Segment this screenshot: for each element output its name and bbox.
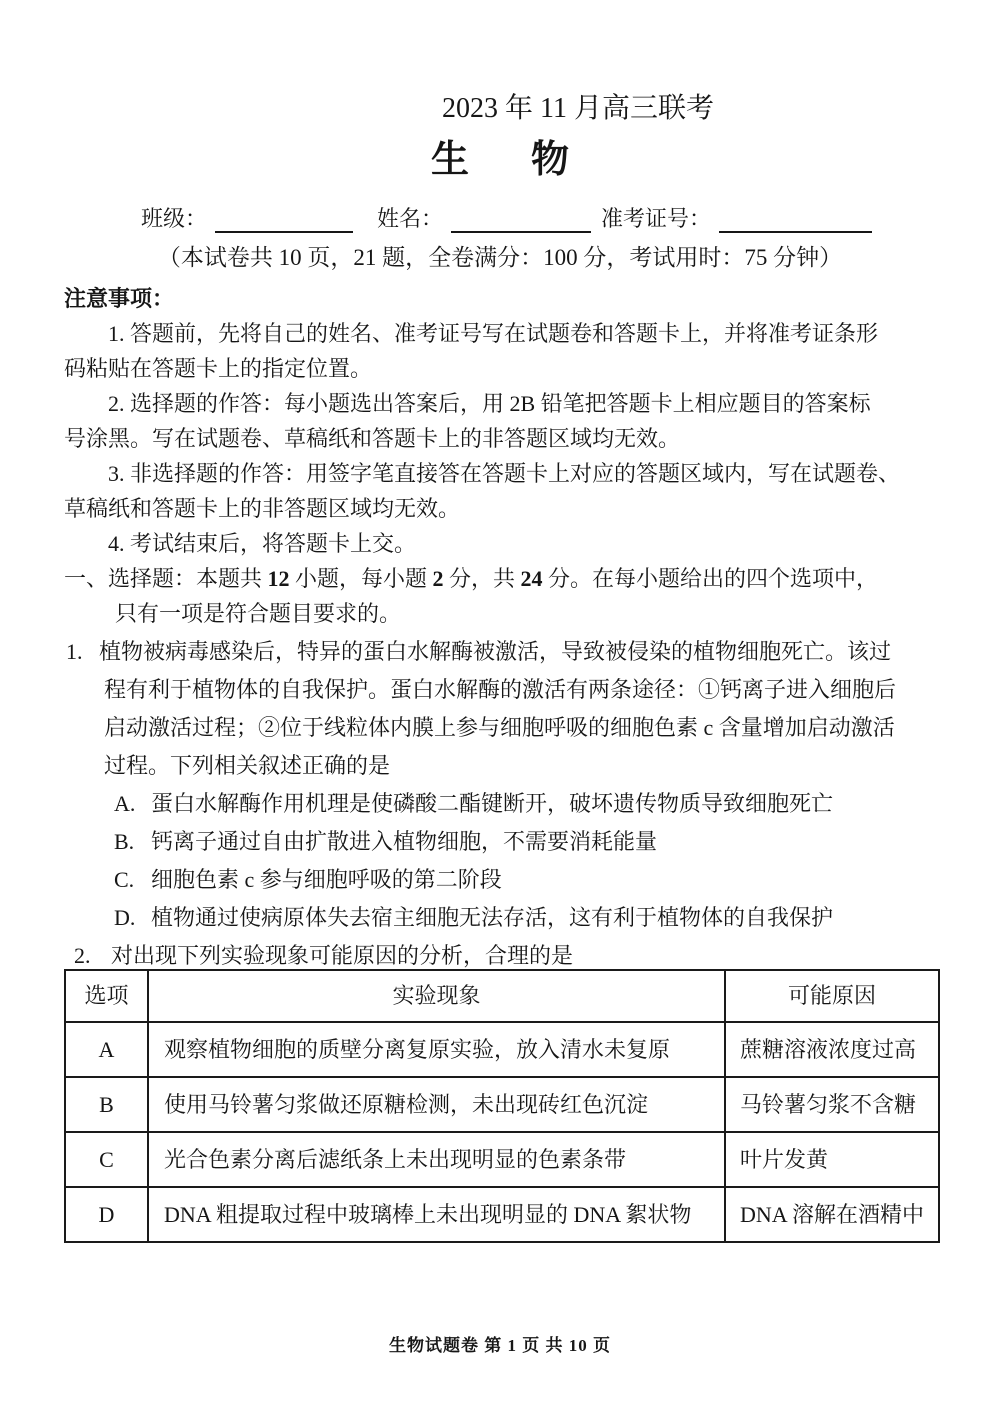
question-1-option-c: C. 细胞色素 c 参与细胞呼吸的第二阶段 [64,861,940,899]
questions-area: 1. 植物被病毒感染后，特异的蛋白水解酶被激活，导致被侵染的植物细胞死亡。该过 … [64,633,940,1243]
exam-id-blank-line [719,205,872,233]
row-b-cause: 马铃薯匀浆不含糖 [725,1077,939,1132]
row-d-cause: DNA 溶解在酒精中 [725,1187,939,1242]
notice-item-4-line-1: 4. 考试结束后，将答题卡上交。 [64,526,940,561]
section-text-part: 小题，每小题 [290,566,433,591]
exam-title-text: 2023 年 11 月高三联考 [442,93,714,124]
question-1-option-b: B. 钙离子通过自由扩散进入植物细胞，不需要消耗能量 [64,823,940,861]
table-header-row: 选项 实验现象 可能原因 [65,970,939,1022]
row-a-phenomenon: 观察植物细胞的质壁分离复原实验，放入清水未复原 [148,1022,725,1077]
notice-item-3-line-1: 3. 非选择题的作答：用签字笔直接答在答题卡上对应的答题区域内，写在试题卷、 [64,456,940,491]
exam-info-line: （本试卷共 10 页，21 题，全卷满分：100 分，考试用时：75 分钟） [0,239,1000,272]
question-1-line-1: 1. 植物被病毒感染后，特异的蛋白水解酶被激活，导致被侵染的植物细胞死亡。该过 [64,633,940,671]
section-count-total: 12 [268,566,290,591]
notice-item-1-line-2: 码粘贴在答题卡上的指定位置。 [64,351,940,386]
question-1-option-a: A. 蛋白水解酶作用机理是使磷酸二酯键断开，破坏遗传物质导致细胞死亡 [64,785,940,823]
name-blank-line [451,205,591,233]
name-field-label: 姓名： [377,202,443,233]
row-c-cause: 叶片发黄 [725,1132,939,1187]
row-d-phenomenon: DNA 粗提取过程中玻璃棒上未出现明显的 DNA 絮状物 [148,1187,725,1242]
row-c-phenomenon: 光合色素分离后滤纸条上未出现明显的色素条带 [148,1132,725,1187]
question-2-text: 对出现下列实验现象可能原因的分析，合理的是 [111,937,573,975]
table-header-phenomenon: 实验现象 [148,970,725,1022]
section-heading-line-1: 一、选择题：本题共 12 小题，每小题 2 分，共 24 分。在每小题给出的四个… [64,561,940,596]
row-a-option: A [65,1022,148,1077]
page-footer: 生物试题卷 第 1 页 共 10 页 [0,1331,1000,1356]
subject-char-2: 物 [531,128,569,183]
row-a-cause: 蔗糖溶液浓度过高 [725,1022,939,1077]
section-text-part: 分，共 [444,566,521,591]
table-header-cause: 可能原因 [725,970,939,1022]
row-d-option: D [65,1187,148,1242]
notice-heading: 注意事项： [64,281,940,316]
notice-item-1-line-1: 1. 答题前，先将自己的姓名、准考证号写在试题卷和答题卡上，并将准考证条形 [64,316,940,351]
question-2-number: 2. [74,937,111,975]
table-row-b: B 使用马铃薯匀浆做还原糖检测，未出现砖红色沉淀 马铃薯匀浆不含糖 [65,1077,939,1132]
question-1-line-4: 过程。下列相关叙述正确的是 [64,747,940,785]
option-a-label: A. [114,785,151,823]
option-c-text: 细胞色素 c 参与细胞呼吸的第二阶段 [151,861,502,899]
class-blank-line [215,205,353,233]
notice-item-2-line-2: 号涂黑。写在试题卷、草稿纸和答题卡上的非答题区域均无效。 [64,421,940,456]
subject-char-1: 生 [431,128,469,183]
experiment-table: 选项 实验现象 可能原因 A 观察植物细胞的质壁分离复原实验，放入清水未复原 蔗… [64,969,940,1243]
question-1-text: 植物被病毒感染后，特异的蛋白水解酶被激活，导致被侵染的植物细胞死亡。该过 [99,633,891,671]
section-points-total: 24 [521,566,543,591]
notice-item-2-line-1: 2. 选择题的作答：每小题选出答案后，用 2B 铅笔把答题卡上相应题目的答案标 [64,386,940,421]
section-text-part: 分。在每小题给出的四个选项中， [543,566,879,591]
section-heading-line-2: 只有一项是符合题目要求的。 [64,596,940,631]
section-text-part: 一、选择题：本题共 [64,566,268,591]
exam-title: 2023 年 11 月高三联考 [0,86,1000,126]
option-c-label: C. [114,861,151,899]
question-1-option-d: D. 植物通过使病原体失去宿主细胞无法存活，这有利于植物体的自我保护 [64,899,940,937]
option-a-text: 蛋白水解酶作用机理是使磷酸二酯键断开，破坏遗传物质导致细胞死亡 [151,785,833,823]
question-1-line-2: 程有利于植物体的自我保护。蛋白水解酶的激活有两条途径：①钙离子进入细胞后 [64,671,940,709]
page-body: 注意事项： 1. 答题前，先将自己的姓名、准考证号写在试题卷和答题卡上，并将准考… [64,281,940,1243]
exam-subject: 生 物 [0,128,1000,183]
exam-id-field-label: 准考证号： [601,202,711,233]
row-b-option: B [65,1077,148,1132]
section-points-each: 2 [433,566,444,591]
question-1-number: 1. [64,633,99,671]
option-d-label: D. [114,899,151,937]
class-field-label: 班级： [141,202,207,233]
table-header-option: 选项 [65,970,148,1022]
table-row-d: D DNA 粗提取过程中玻璃棒上未出现明显的 DNA 絮状物 DNA 溶解在酒精… [65,1187,939,1242]
question-1-line-3: 启动激活过程；②位于线粒体内膜上参与细胞呼吸的细胞色素 c 含量增加启动激活 [64,709,940,747]
option-b-label: B. [114,823,151,861]
student-info-row: 班级： 姓名： 准考证号： [141,202,872,233]
exam-paper-page: 2023 年 11 月高三联考 生 物 班级： 姓名： 准考证号： （本试卷共 … [0,0,1000,1412]
notice-item-3-line-2: 草稿纸和答题卡上的非答题区域均无效。 [64,491,940,526]
table-row-c: C 光合色素分离后滤纸条上未出现明显的色素条带 叶片发黄 [65,1132,939,1187]
option-d-text: 植物通过使病原体失去宿主细胞无法存活，这有利于植物体的自我保护 [151,899,833,937]
option-b-text: 钙离子通过自由扩散进入植物细胞，不需要消耗能量 [151,823,657,861]
row-c-option: C [65,1132,148,1187]
table-row-a: A 观察植物细胞的质壁分离复原实验，放入清水未复原 蔗糖溶液浓度过高 [65,1022,939,1077]
row-b-phenomenon: 使用马铃薯匀浆做还原糖检测，未出现砖红色沉淀 [148,1077,725,1132]
